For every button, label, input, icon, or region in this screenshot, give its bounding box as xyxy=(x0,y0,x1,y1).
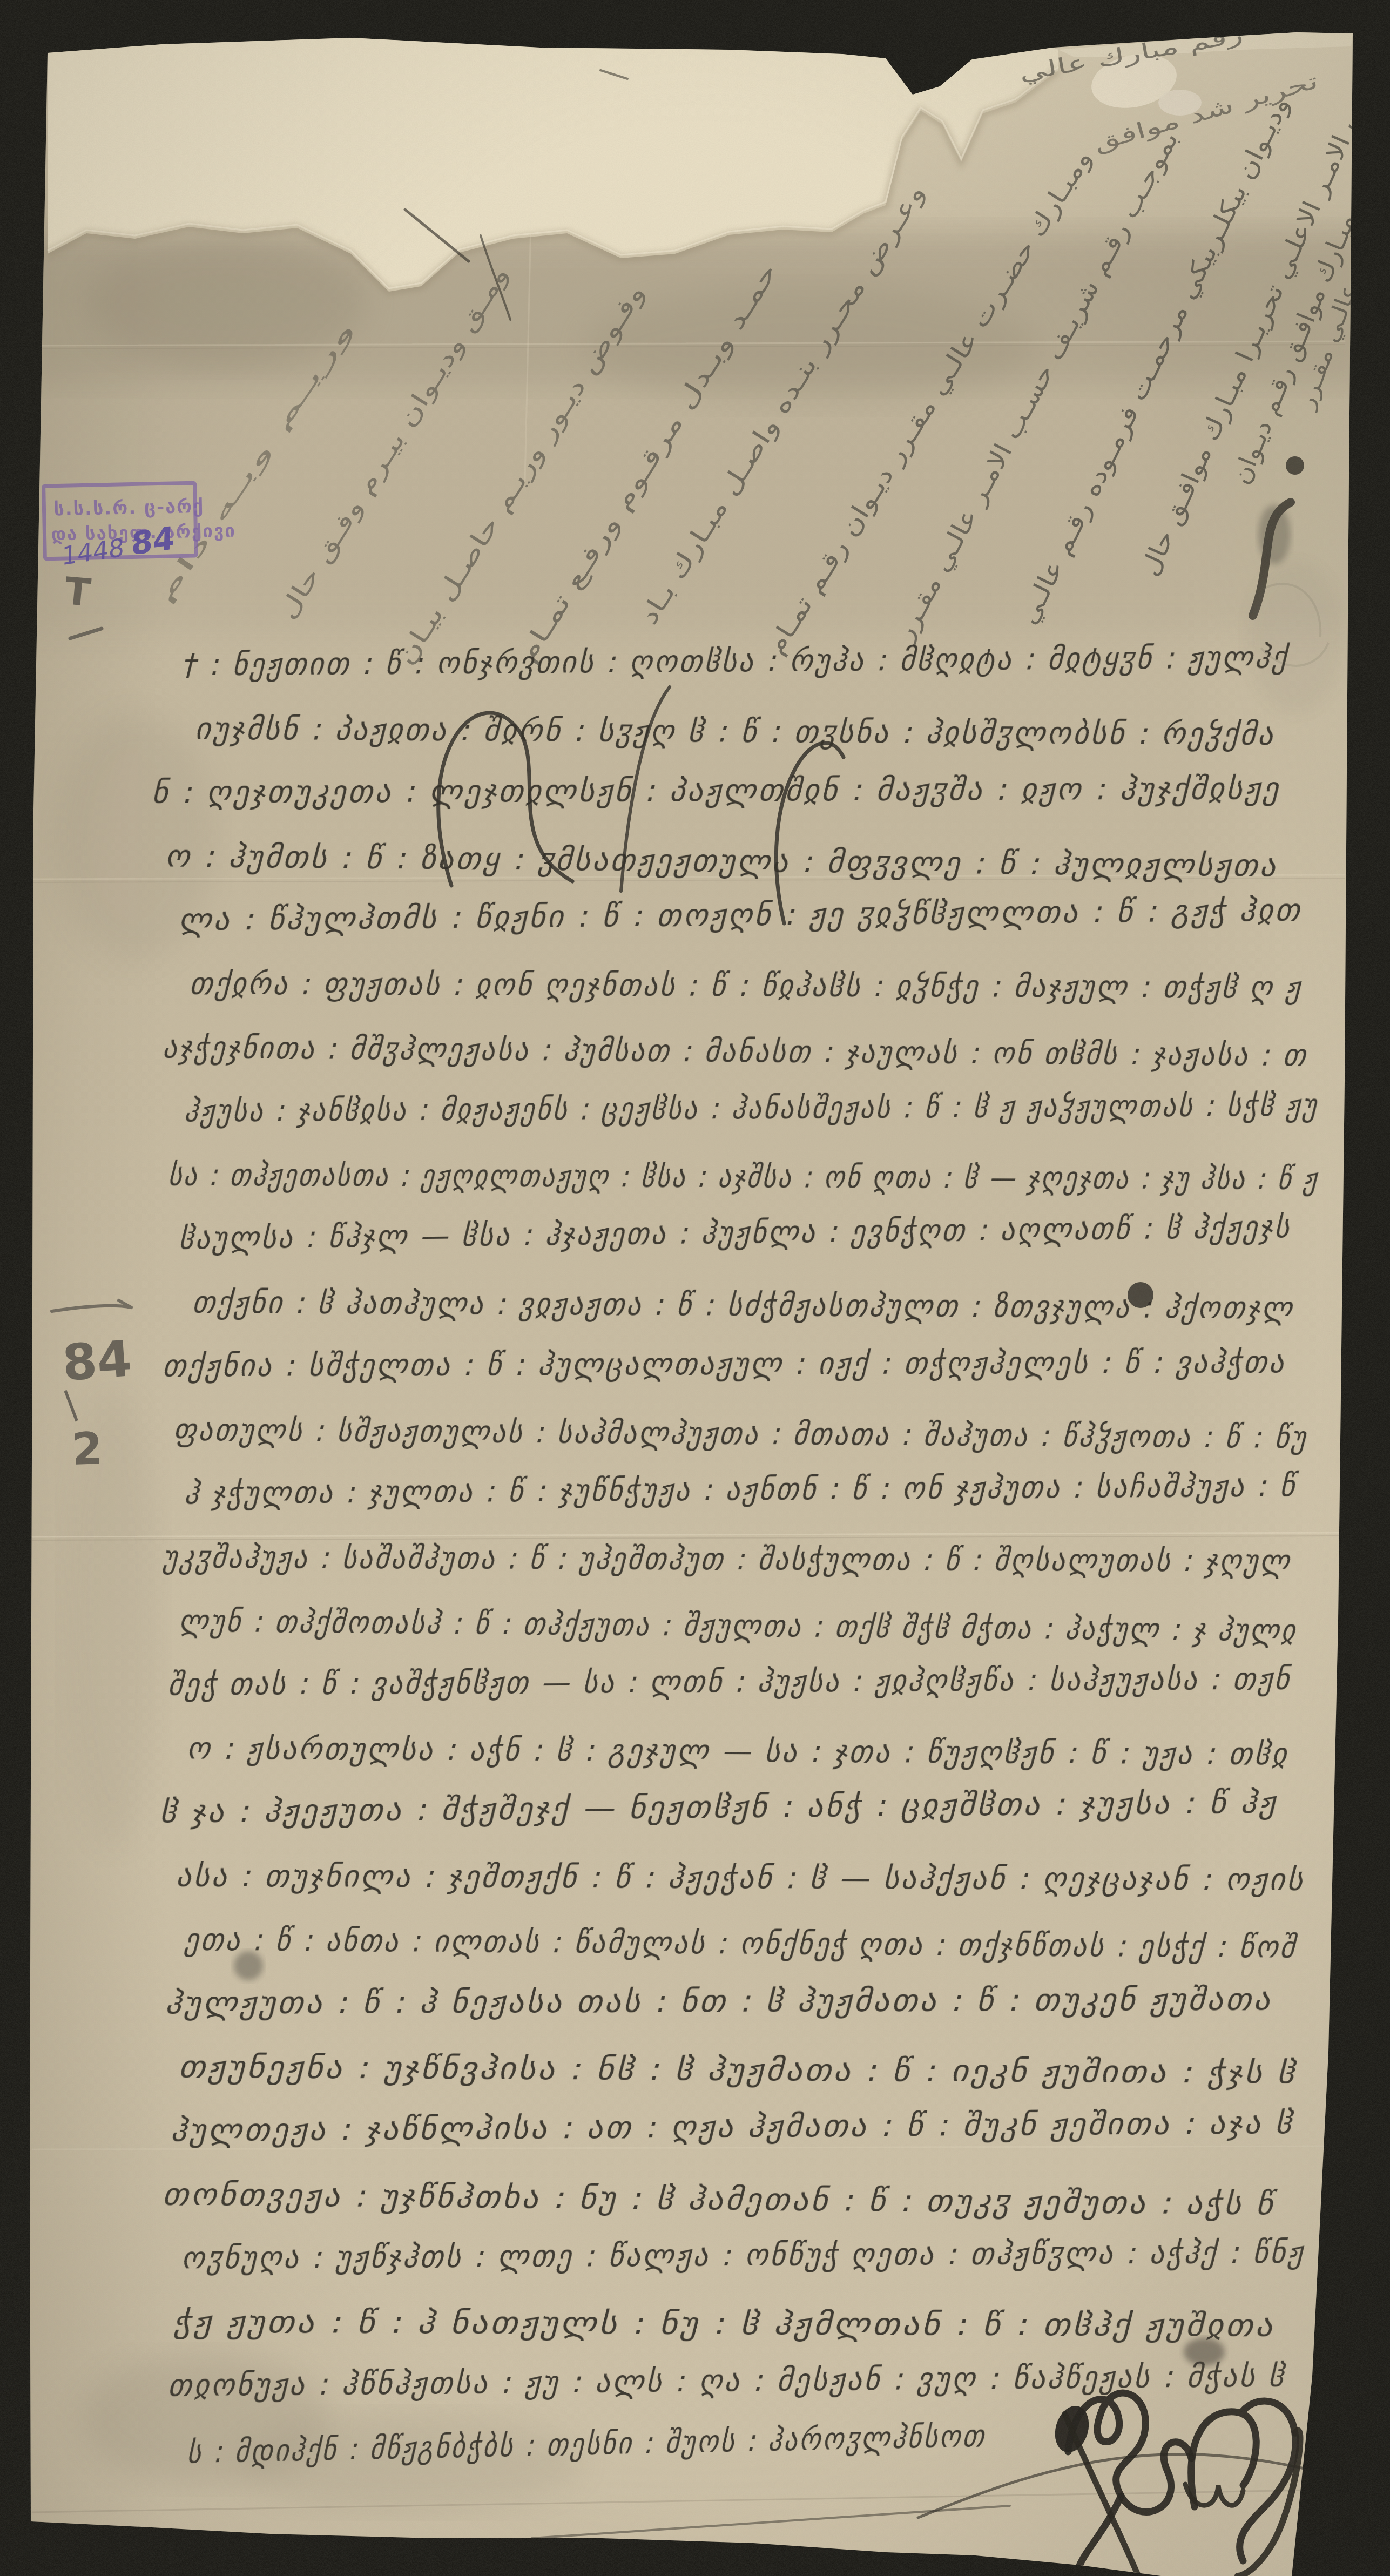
paper-vignette xyxy=(0,0,1390,2576)
manuscript-scan: وريـم وبـه دام ومـق وديـوان بيـرم وفـق ح… xyxy=(0,0,1390,2576)
